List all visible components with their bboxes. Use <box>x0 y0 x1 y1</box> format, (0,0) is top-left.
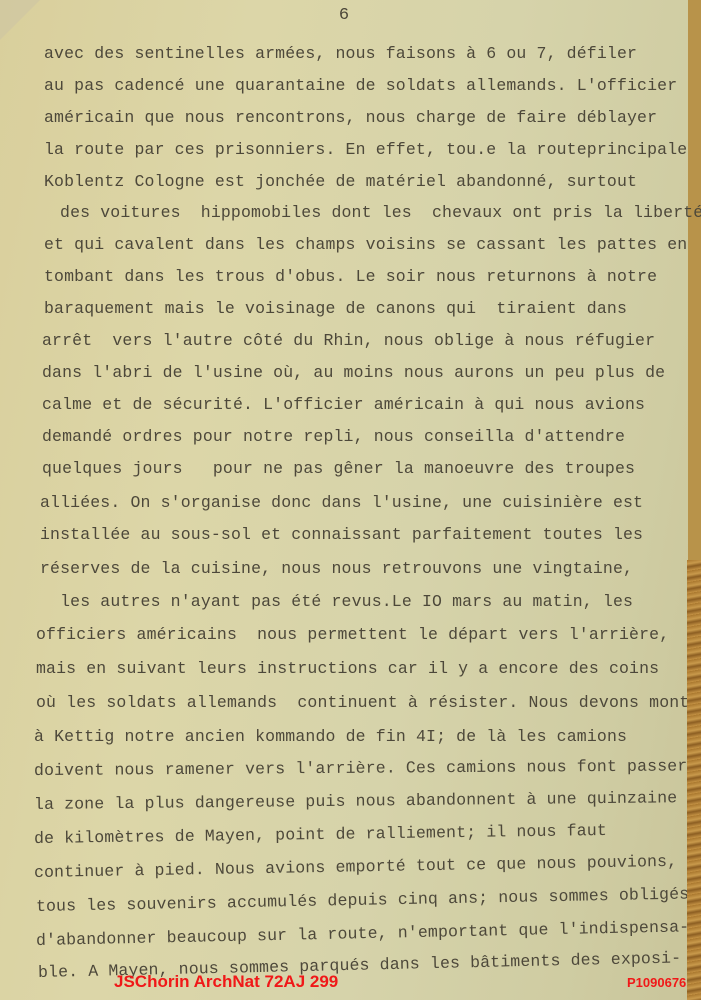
text-line: continuer à pied. Nous avions emporté to… <box>34 852 678 882</box>
desk-edge <box>687 560 701 1000</box>
text-line: baraquement mais le voisinage de canons … <box>44 299 627 318</box>
text-line: Koblentz Cologne est jonchée de matériel… <box>44 172 637 191</box>
text-line: de kilomètres de Mayen, point de ralliem… <box>34 821 607 848</box>
text-line: la zone la plus dangereuse puis nous aba… <box>34 788 677 814</box>
typewritten-page: 6 avec des sentinelles armées, nous fais… <box>0 0 688 1000</box>
text-line: mais en suivant leurs instructions car i… <box>36 659 659 678</box>
text-line: arrêt vers l'autre côté du Rhin, nous ob… <box>42 331 655 350</box>
text-line: dans l'abri de l'usine où, au moins nous… <box>42 363 665 382</box>
text-line: au pas cadencé une quarantaine de soldat… <box>44 76 677 95</box>
text-line: installée au sous-sol et connaissant par… <box>40 525 643 544</box>
text-line: demandé ordres pour notre repli, nous co… <box>42 427 625 446</box>
text-line: les autres n'ayant pas été revus.Le IO m… <box>40 592 633 611</box>
text-line: réserves de la cuisine, nous nous retrou… <box>40 559 633 578</box>
text-line: tombant dans les trous d'obus. Le soir n… <box>44 267 657 286</box>
text-line: quelques jours pour ne pas gêner la mano… <box>42 459 635 478</box>
text-line: avec des sentinelles armées, nous faison… <box>44 44 637 63</box>
text-line: tous les souvenirs accumulés depuis cinq… <box>36 884 690 916</box>
text-line: calme et de sécurité. L'officier américa… <box>42 395 645 414</box>
text-line: officiers américains nous permettent le … <box>36 625 669 644</box>
text-line: à Kettig notre ancien kommando de fin 4I… <box>34 727 627 746</box>
text-line: doivent nous ramener vers l'arrière. Ces… <box>34 756 687 780</box>
text-line: et qui cavalent dans les champs voisins … <box>44 235 687 254</box>
archive-reference-label: JSChorin ArchNat 72AJ 299 <box>114 972 338 992</box>
text-line: la route par ces prisonniers. En effet, … <box>44 140 687 159</box>
text-line: des voitures hippomobiles dont les cheva… <box>50 203 701 222</box>
body-text: avec des sentinelles armées, nous faison… <box>0 0 688 1000</box>
text-line: d'abandonner beaucoup sur la route, n'em… <box>36 917 690 950</box>
photo-id-label: P1090676 <box>627 975 686 990</box>
text-line: américain que nous rencontrons, nous cha… <box>44 108 657 127</box>
text-line: où les soldats allemands continuent à ré… <box>36 693 701 712</box>
text-line: alliées. On s'organise donc dans l'usine… <box>40 493 643 512</box>
